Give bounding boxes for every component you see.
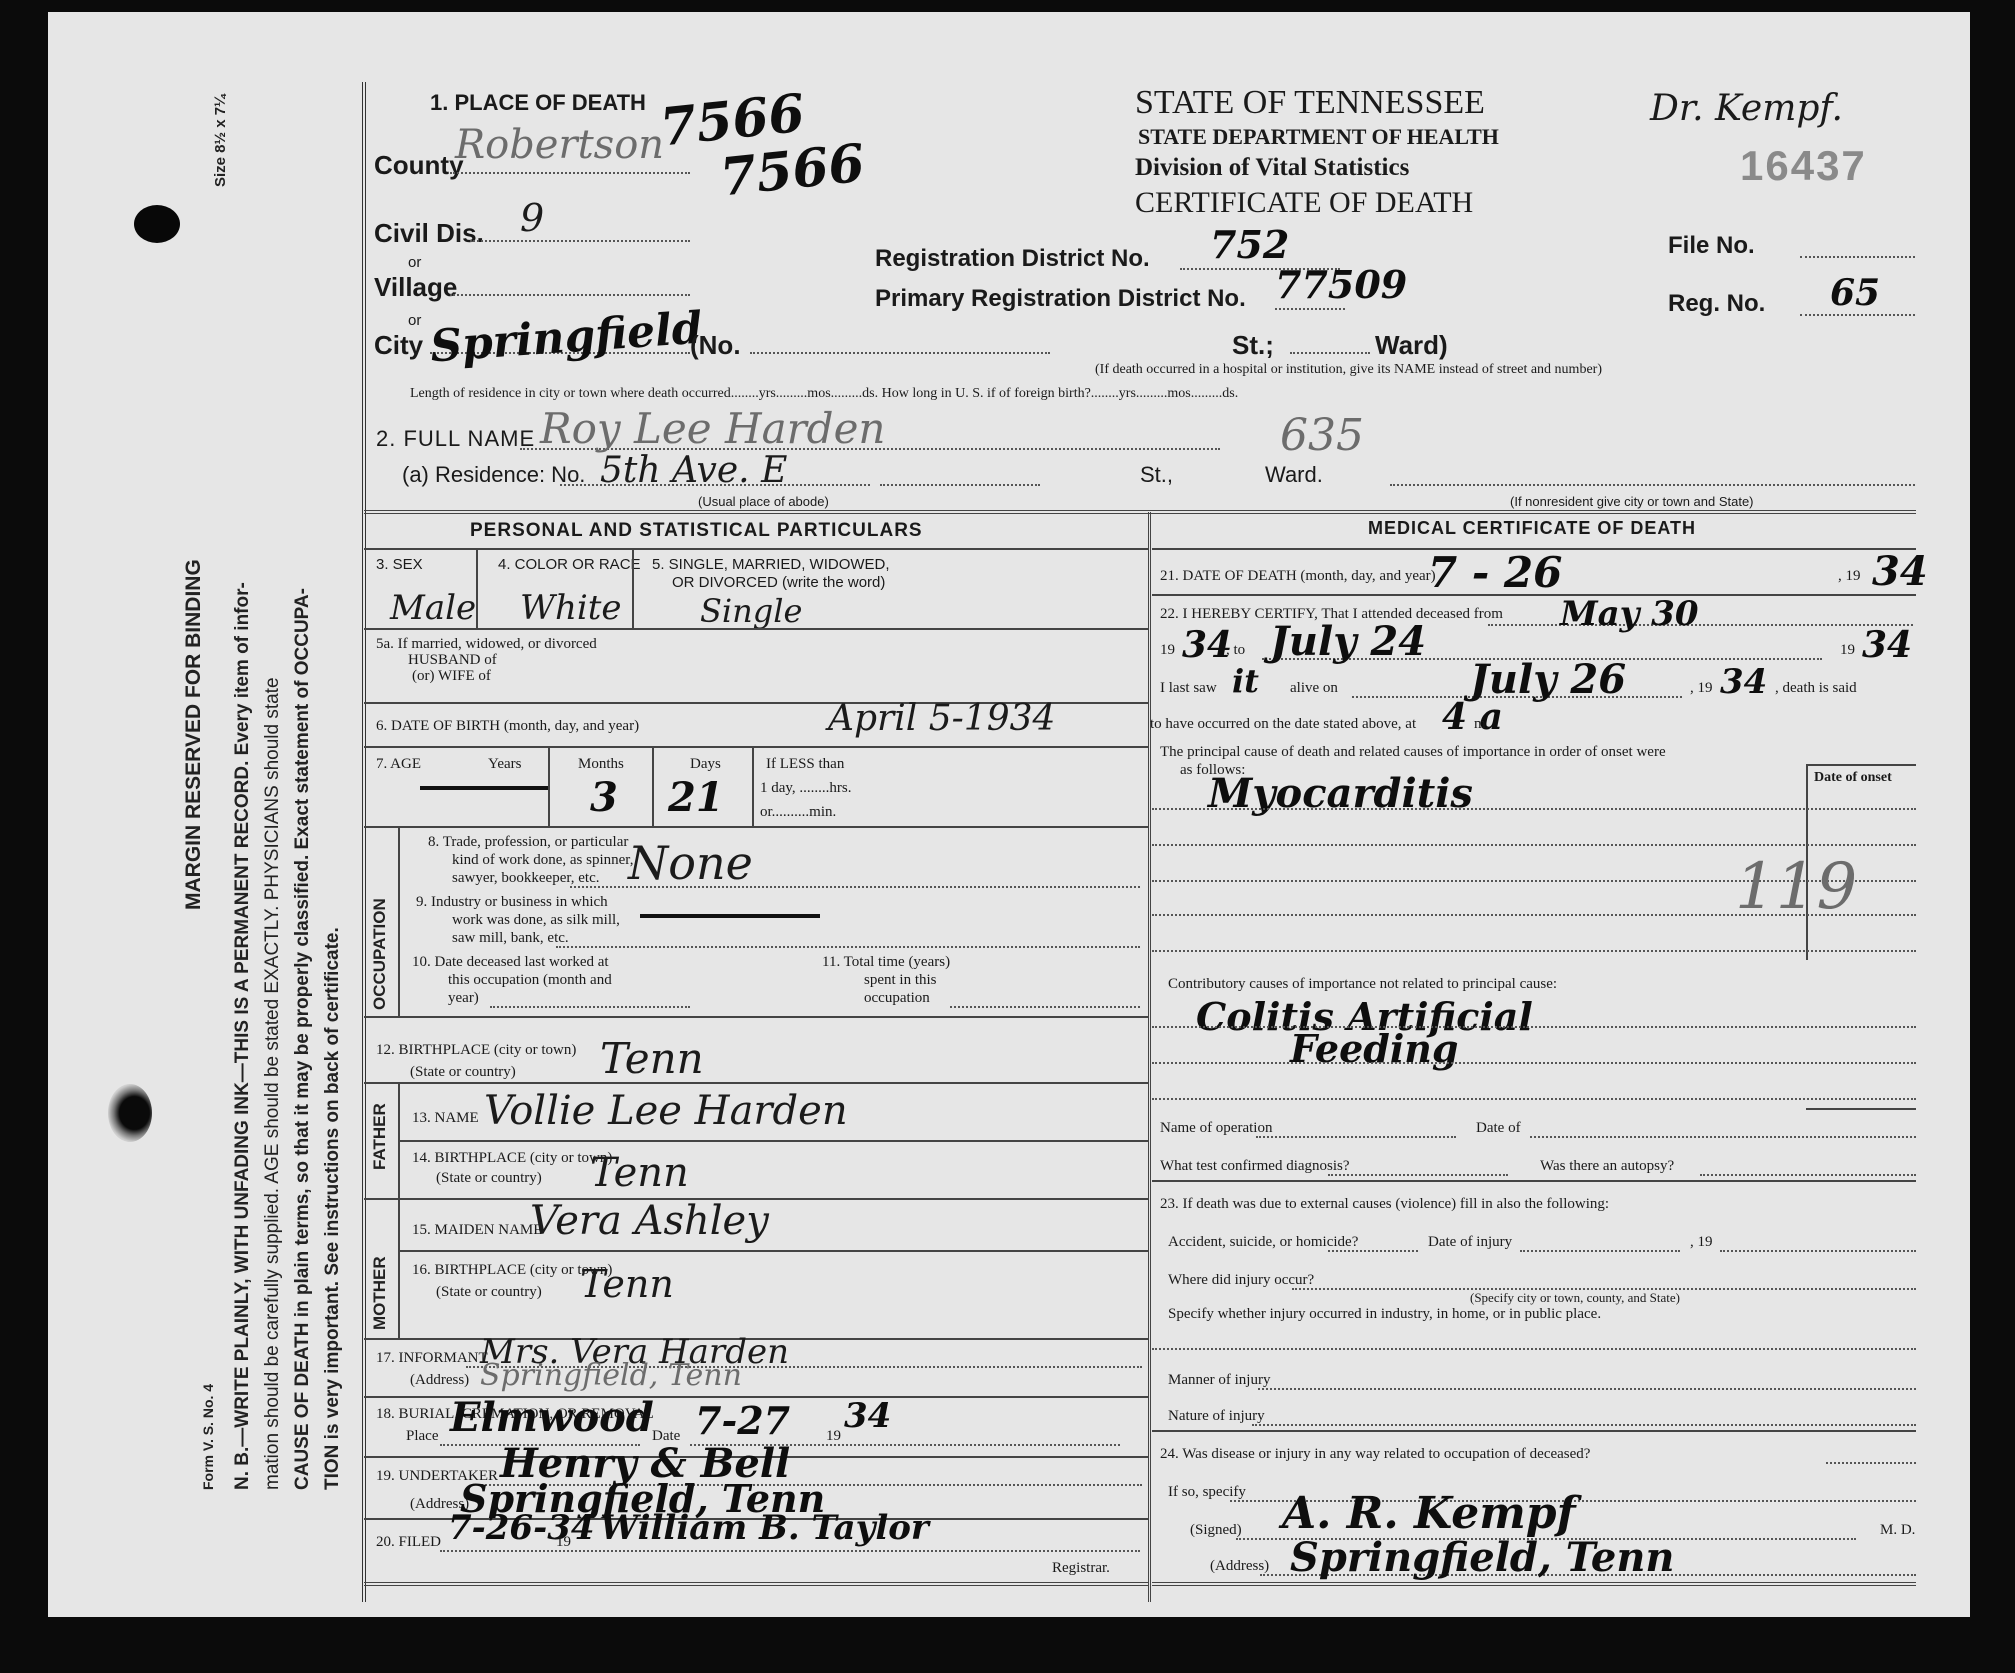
industry-value-dash: [640, 914, 820, 918]
row-rule-22: [1152, 1180, 1916, 1182]
age-years-divider: [548, 746, 550, 826]
medical-section-title: MEDICAL CERTIFICATE OF DEATH: [1368, 518, 1696, 539]
dod-year-prefix: , 19: [1838, 568, 1861, 585]
sex-value[interactable]: Male: [390, 588, 476, 628]
last-saw-label: I last saw: [1160, 680, 1217, 697]
time-suffix: m.: [1474, 716, 1489, 733]
street-no-label: (No.: [690, 330, 741, 361]
physician-address-value[interactable]: Springfield, Tenn: [1290, 1534, 1675, 1581]
from-year-prefix: 19: [1160, 642, 1175, 659]
civil-dis-label: Civil Dis.: [374, 218, 484, 249]
instructions-line-1: N. B.—WRITE PLAINLY, WITH UNFADING INK—T…: [232, 582, 254, 1490]
residence-st-label: St.,: [1140, 462, 1173, 488]
occupation-related-line: [1826, 1462, 1916, 1464]
row-rule-11: [364, 1016, 1148, 1018]
where-injury-label: Where did injury occur?: [1168, 1272, 1314, 1289]
total-time-label-2: spent in this: [864, 972, 937, 989]
state-title: STATE OF TENNESSEE: [1135, 84, 1485, 122]
accident-label: Accident, suicide, or homicide?: [1168, 1234, 1358, 1251]
nature-label: Nature of injury: [1168, 1408, 1265, 1425]
age-years-dash: [420, 786, 550, 790]
test-line: [1328, 1174, 1508, 1176]
filed-line: [440, 1550, 1140, 1552]
street-label: St.;: [1232, 330, 1274, 361]
father-side-label: FATHER: [370, 1103, 390, 1170]
civil-dis-value[interactable]: 9: [520, 196, 544, 240]
age-days-label: Days: [690, 756, 721, 773]
operation-line: [1256, 1136, 1456, 1138]
less-than-1: If LESS than: [766, 756, 844, 773]
dob-value[interactable]: April 5-1934: [828, 698, 1055, 739]
residence-street-line: [880, 484, 1040, 486]
age-days-divider: [752, 746, 754, 826]
age-months-value[interactable]: 3: [590, 774, 618, 821]
row-rule-12: [364, 1082, 1148, 1084]
instructions-line-2: mation should be carefully supplied. AGE…: [262, 677, 284, 1490]
dod-year-value[interactable]: 34: [1872, 548, 1928, 595]
hospital-note: (If death occurred in a hospital or inst…: [1095, 362, 1602, 378]
manner-line: [1258, 1388, 1916, 1390]
binding-note: MARGIN RESERVED FOR BINDING: [182, 559, 206, 910]
autopsy-label: Was there an autopsy?: [1540, 1158, 1674, 1175]
dod-value[interactable]: 7 - 26: [1428, 548, 1562, 597]
occurred-label: to have occurred on the date stated abov…: [1150, 716, 1416, 733]
less-than-2: 1 day, ........hrs.: [760, 780, 852, 797]
total-time-label-1: 11. Total time (years): [822, 954, 950, 971]
mother-birthplace-value[interactable]: Tenn: [580, 1262, 674, 1306]
registrar-signature[interactable]: William B. Taylor: [600, 1508, 929, 1548]
autopsy-line: [1700, 1174, 1916, 1176]
father-name-value[interactable]: Vollie Lee Harden: [484, 1088, 848, 1134]
industry-label-3: saw mill, bank, etc.: [452, 930, 569, 947]
trade-value[interactable]: None: [628, 836, 753, 890]
full-name-label: 2. FULL NAME: [376, 426, 535, 452]
occupation-side-divider: [398, 826, 400, 1016]
last-worked-label-1: 10. Date deceased last worked at: [412, 954, 609, 971]
last-saw-year[interactable]: 34: [1720, 662, 1767, 702]
injury-date-line: [1520, 1250, 1680, 1252]
occurred-time[interactable]: 4 a: [1442, 696, 1503, 738]
row-rule-23: [1152, 1430, 1916, 1432]
row-rule-6: [364, 746, 1148, 748]
to-year-prefix: 19: [1840, 642, 1855, 659]
reg-no-value[interactable]: 65: [1830, 272, 1880, 314]
registrar-label: Registrar.: [1052, 1560, 1110, 1577]
trade-label-2: kind of work done, as spinner,: [452, 852, 633, 869]
filed-value[interactable]: 7-26-34: [448, 1508, 595, 1548]
county-value[interactable]: Robertson: [455, 122, 664, 168]
residence-value[interactable]: 5th Ave. E: [600, 450, 787, 491]
department-title: STATE DEPARTMENT OF HEALTH: [1138, 124, 1499, 150]
date-of-onset-label: Date of onset: [1814, 770, 1892, 786]
age-months-divider: [652, 746, 654, 826]
reg-district-value[interactable]: 752: [1210, 222, 1289, 267]
sex-divider: [476, 548, 478, 628]
county-label: County: [374, 150, 464, 181]
last-worked-label-2: this occupation (month and: [448, 972, 612, 989]
specify-place-note: (Specify city or town, county, and State…: [1470, 1290, 1680, 1306]
to-year-value[interactable]: 34: [1862, 624, 1912, 666]
county-line: [450, 172, 690, 174]
doctor-annotation: Dr. Kempf.: [1650, 88, 1843, 129]
principal-cause-label: The principal cause of death and related…: [1160, 744, 1666, 761]
alive-on-label: alive on: [1290, 680, 1338, 697]
civil-dis-line: [470, 240, 690, 242]
reg-no-label: Reg. No.: [1668, 290, 1765, 318]
residence-label: (a) Residence: No.: [402, 462, 585, 488]
street-no-line: [750, 352, 1050, 354]
nonresident-line: [1390, 484, 1915, 486]
contributory-line-2[interactable]: Feeding: [1290, 1026, 1458, 1071]
father-birthplace-sub: (State or country): [436, 1170, 542, 1187]
certificate-stamp-number: 16437: [1740, 142, 1867, 190]
birthplace-sub: (State or country): [410, 1064, 516, 1081]
operation-label: Name of operation: [1160, 1120, 1272, 1137]
informant-address-label: (Address): [410, 1372, 469, 1389]
race-divider: [632, 548, 634, 628]
md-label: M. D.: [1880, 1522, 1915, 1539]
injury-year-line: [1720, 1250, 1916, 1252]
occupation-related-label: 24. Was disease or injury in any way rel…: [1160, 1446, 1590, 1463]
village-line: [450, 294, 690, 296]
certificate-title: CERTIFICATE OF DEATH: [1135, 186, 1473, 220]
accident-line: [1328, 1250, 1418, 1252]
to-label: , to: [1226, 642, 1245, 659]
if-so-label: If so, specify: [1168, 1484, 1246, 1501]
manner-label: Manner of injury: [1168, 1372, 1270, 1389]
cause-line-2: [1152, 844, 1916, 846]
birthplace-label: 12. BIRTHPLACE (city or town): [376, 1042, 576, 1059]
onset-mark: 119: [1735, 850, 1857, 924]
mother-side-label: MOTHER: [370, 1256, 390, 1330]
bottom-rule-right: [1152, 1582, 1916, 1586]
operation-date-line: [1530, 1136, 1916, 1138]
father-birthplace-label: 14. BIRTHPLACE (city or town): [412, 1150, 612, 1167]
burial-year-value[interactable]: 34: [844, 1396, 891, 1436]
section-divider: [364, 510, 1916, 514]
signed-label: (Signed): [1190, 1522, 1242, 1539]
last-saw-year-prefix: , 19: [1690, 680, 1713, 697]
nature-line: [1252, 1424, 1916, 1426]
less-than-3: or..........min.: [760, 804, 836, 821]
physician-address-label: (Address): [1210, 1558, 1269, 1575]
division-title: Division of Vital Statistics: [1135, 154, 1409, 182]
primary-reg-line: [1275, 308, 1345, 310]
marital-label-1: 5. SINGLE, MARRIED, WIDOWED,: [652, 556, 890, 573]
personal-header-rule: [364, 548, 1148, 550]
father-name-label: 13. NAME: [412, 1110, 479, 1127]
column-divider: [1148, 512, 1151, 1602]
specify-whether-label: Specify whether injury occurred in indus…: [1168, 1306, 1601, 1323]
filed-year-prefix: 19: [556, 1534, 571, 1551]
contributory-label: Contributory causes of importance not re…: [1168, 976, 1557, 993]
attended-from-line: [1488, 624, 1913, 626]
age-label: 7. AGE: [376, 756, 421, 773]
age-months-label: Months: [578, 756, 624, 773]
nonresident-note: (If nonresident give city or town and St…: [1510, 494, 1754, 509]
row-rule-13: [398, 1140, 1148, 1142]
reg-no-line: [1800, 314, 1915, 316]
attended-to-value[interactable]: July 24: [1270, 618, 1426, 665]
burial-place-label: Place: [406, 1428, 438, 1445]
injury-year-prefix: , 19: [1690, 1234, 1713, 1251]
burial-place-value[interactable]: Elmwood: [450, 1394, 654, 1441]
parents-side-divider: [398, 1082, 400, 1340]
specify-whether-line: [1152, 1348, 1916, 1350]
marital-label-2: OR DIVORCED (write the word): [672, 574, 885, 591]
race-value[interactable]: White: [520, 588, 622, 628]
external-causes-label: 23. If death was due to external causes …: [1160, 1196, 1609, 1213]
informant-label: 17. INFORMANT: [376, 1350, 488, 1367]
spouse-label-1: 5a. If married, widowed, or divorced: [376, 636, 597, 653]
industry-label-2: work was done, as silk mill,: [452, 912, 620, 929]
last-worked-label-3: year): [448, 990, 479, 1007]
occupation-side-label: OCCUPATION: [370, 898, 390, 1010]
trade-label-1: 8. Trade, profession, or particular: [428, 834, 628, 851]
place-of-death-heading: 1. PLACE OF DEATH: [430, 90, 646, 116]
or-label-2: or: [408, 312, 421, 329]
spouse-label-3: (or) WIFE of: [412, 668, 491, 685]
row-rule-5: [364, 628, 1148, 630]
total-time-label-3: occupation: [864, 990, 930, 1007]
city-label: City: [374, 330, 423, 361]
spouse-label-2: HUSBAND of: [408, 652, 497, 669]
age-days-value[interactable]: 21: [668, 774, 724, 821]
death-said-label: , death is said: [1775, 680, 1857, 697]
length-of-residence: Length of residence in city or town wher…: [410, 386, 1238, 402]
injury-date-label: Date of injury: [1428, 1234, 1512, 1251]
contrib-line-2: [1152, 1062, 1916, 1064]
residence-ward-label: Ward.: [1265, 462, 1323, 488]
size-note: Size 8½ x 7¼: [212, 94, 229, 187]
row-rule-7: [364, 826, 1148, 828]
operation-date-label: Date of: [1476, 1120, 1521, 1137]
test-label: What test confirmed diagnosis?: [1160, 1158, 1350, 1175]
ward-label: Ward): [1375, 330, 1448, 361]
punch-hole-bottom: [108, 1084, 152, 1142]
margin-number: 635: [1280, 410, 1364, 461]
reg-district-label: Registration District No.: [875, 245, 1150, 273]
burial-date-value[interactable]: 7-27: [695, 1398, 790, 1443]
last-worked-line: [490, 1006, 690, 1008]
form-number: Form V. S. No. 4: [200, 1384, 216, 1490]
burial-year-prefix: 19: [826, 1428, 841, 1445]
instructions-line-4: TION is very important. See instructions…: [322, 927, 344, 1490]
usual-abode-note: (Usual place of abode): [698, 494, 829, 509]
filed-label: 20. FILED: [376, 1534, 441, 1551]
dod-rule: [1152, 594, 1916, 596]
total-time-line: [950, 1006, 1140, 1008]
contrib-line-1: [1152, 1026, 1916, 1028]
instructions-line-3: CAUSE OF DEATH in plain terms, so that i…: [292, 588, 314, 1490]
age-years-label: Years: [488, 756, 521, 773]
full-name-value[interactable]: Roy Lee Harden: [540, 404, 885, 453]
dod-label: 21. DATE OF DEATH (month, day, and year): [1160, 568, 1436, 585]
mother-birthplace-sub: (State or country): [436, 1284, 542, 1301]
physician-signature[interactable]: A. R. Kempf: [1282, 1488, 1576, 1539]
race-label: 4. COLOR OR RACE: [498, 556, 641, 573]
file-no-line: [1800, 256, 1915, 258]
mother-name-label: 15. MAIDEN NAME: [412, 1222, 542, 1239]
cause-line-5: [1152, 950, 1916, 952]
dob-label: 6. DATE OF BIRTH (month, day, and year): [376, 718, 639, 735]
informant-address-value[interactable]: Springfield, Tenn: [480, 1358, 742, 1393]
row-rule-15: [398, 1250, 1148, 1252]
village-label: Village: [374, 272, 457, 303]
personal-section-title: PERSONAL AND STATISTICAL PARTICULARS: [470, 520, 923, 542]
ward-line: [1290, 352, 1370, 354]
contrib-line-3: [1152, 1098, 1916, 1100]
trade-label-3: sawyer, bookkeeper, etc.: [452, 870, 599, 887]
mother-name-value[interactable]: Vera Ashley: [530, 1198, 769, 1244]
onset-column-top: [1806, 764, 1916, 766]
industry-line: [556, 946, 1140, 948]
onset-column-bottom: [1806, 1108, 1916, 1110]
father-birthplace-value[interactable]: Tenn: [590, 1150, 689, 1196]
or-label-1: or: [408, 254, 421, 271]
frame-left-border: [362, 82, 366, 1602]
marital-value[interactable]: Single: [700, 592, 802, 630]
file-no-label: File No.: [1668, 232, 1755, 260]
bottom-rule-left: [364, 1582, 1148, 1586]
sex-label: 3. SEX: [376, 556, 423, 573]
from-year-value[interactable]: 34: [1182, 624, 1232, 666]
punch-hole-top: [134, 205, 180, 243]
last-saw-pronoun[interactable]: it: [1232, 662, 1259, 700]
attended-from-value[interactable]: May 30: [1560, 594, 1699, 634]
primary-reg-value[interactable]: 77509: [1275, 262, 1407, 307]
primary-reg-label: Primary Registration District No.: [875, 285, 1246, 313]
industry-label-1: 9. Industry or business in which: [416, 894, 608, 911]
cause-line-1: [1152, 808, 1916, 810]
birthplace-value[interactable]: Tenn: [600, 1034, 704, 1083]
